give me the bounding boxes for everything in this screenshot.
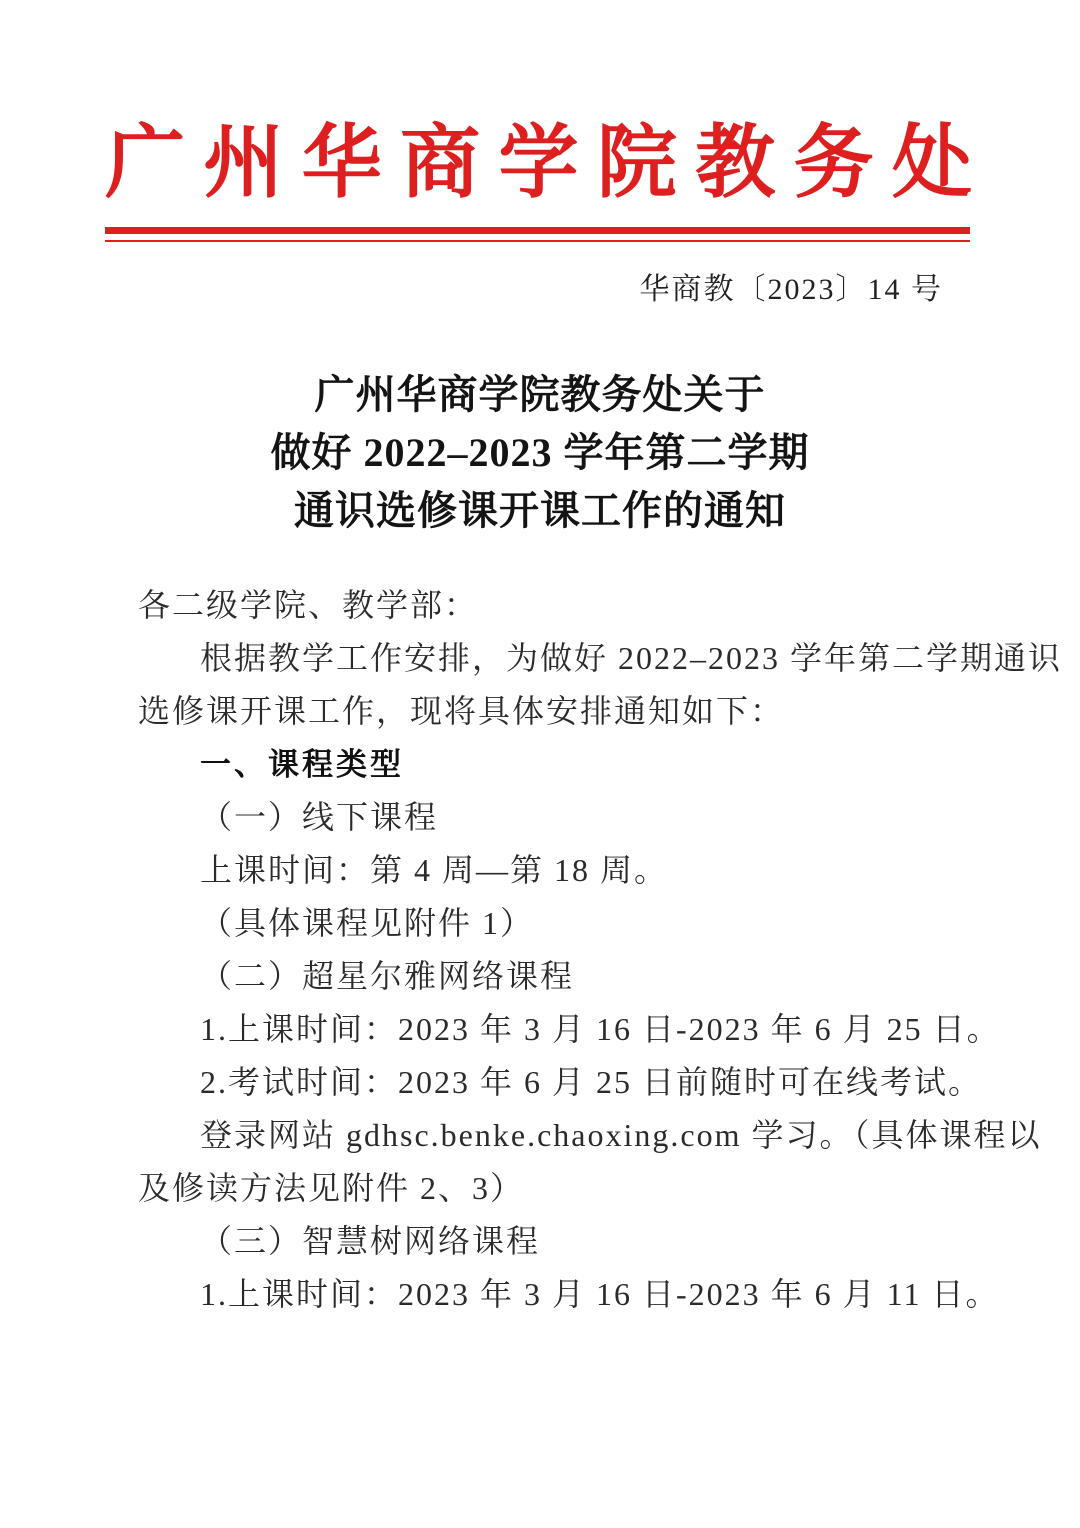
section-heading-course-types: 一、课程类型 — [138, 738, 990, 791]
agency-name-char: 华 — [302, 118, 382, 210]
agency-name-char: 院 — [597, 118, 677, 210]
agency-name-char: 教 — [695, 118, 775, 210]
masthead-rule-thick — [105, 227, 970, 234]
agency-name-char: 处 — [892, 118, 972, 210]
document-number: 华商教〔2023〕14 号 — [640, 270, 944, 310]
chaoxing-login-site: 登录网站 gdhsc.benke.chaoxing.com 学习。（具体课程以 — [138, 1109, 990, 1162]
masthead-rule-thin — [105, 240, 970, 242]
salutation-line: 各二级学院、教学部： — [138, 579, 990, 632]
subsection-chaoxing-course: （二）超星尔雅网络课程 — [138, 950, 990, 1003]
chaoxing-class-time: 1.上课时间：2023 年 3 月 16 日-2023 年 6 月 25 日。 — [138, 1003, 990, 1056]
notice-title: 广州华商学院教务处关于 做好 2022–2023 学年第二学期 通识选修课开课工… — [0, 366, 1080, 540]
intro-line-continuation: 选修课开课工作，现将具体安排通知如下： — [138, 685, 990, 738]
zhihuishu-class-time: 1.上课时间：2023 年 3 月 16 日-2023 年 6 月 11 日。 — [138, 1268, 990, 1321]
chaoxing-login-site-continuation: 及修读方法见附件 2、3） — [138, 1162, 990, 1215]
agency-name-char: 学 — [499, 118, 579, 210]
offline-course-schedule: 上课时间：第 4 周—第 18 周。 — [138, 844, 990, 897]
agency-name-char: 商 — [400, 118, 480, 210]
agency-name: 广州华商学院教务处 — [105, 118, 972, 210]
agency-name-char: 广 — [105, 118, 185, 210]
chaoxing-exam-time: 2.考试时间：2023 年 6 月 25 日前随时可在线考试。 — [138, 1056, 990, 1109]
document-page: 广州华商学院教务处 华商教〔2023〕14 号 广州华商学院教务处关于 做好 2… — [0, 0, 1080, 1528]
notice-title-line: 通识选修课开课工作的通知 — [0, 482, 1080, 540]
offline-course-attachment-note: （具体课程见附件 1） — [138, 897, 990, 950]
notice-title-line: 广州华商学院教务处关于 — [0, 366, 1080, 424]
notice-title-line: 做好 2022–2023 学年第二学期 — [0, 424, 1080, 482]
subsection-zhihuishu-course: （三）智慧树网络课程 — [138, 1215, 990, 1268]
agency-name-char: 务 — [794, 118, 874, 210]
notice-body: 各二级学院、教学部： 根据教学工作安排，为做好 2022–2023 学年第二学期… — [138, 579, 990, 1321]
intro-line: 根据教学工作安排，为做好 2022–2023 学年第二学期通识 — [138, 632, 990, 685]
subsection-offline-course: （一）线下课程 — [138, 791, 990, 844]
agency-name-char: 州 — [203, 118, 283, 210]
